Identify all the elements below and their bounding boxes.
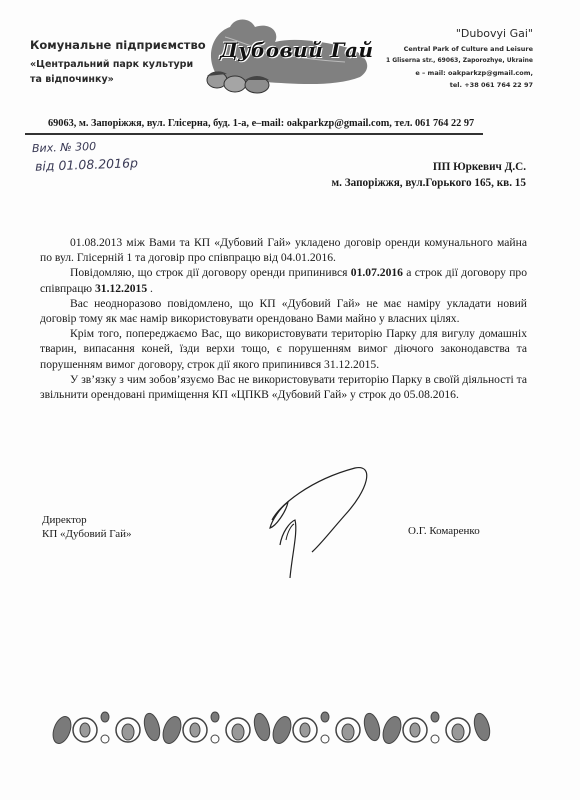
org-en-address: 1 Gliserna str., 69063, Zaporozhye, Ukra… — [386, 55, 533, 67]
cooperation-end-date: 31.12.2015 — [95, 282, 147, 295]
org-name-ukrainian: Комунальне підприємство «Центральний пар… — [30, 38, 206, 87]
signatory-name: О.Г. Комаренко — [408, 525, 480, 537]
org-name-english: "Dubovyi Gai" Central Park of Culture an… — [386, 28, 533, 91]
recipient-name: ПП Юркевич Д.С. — [332, 159, 526, 175]
signatory-title: Директор — [42, 513, 132, 527]
org-en-name: "Dubovyi Gai" — [386, 28, 533, 40]
handwritten-signature-icon — [250, 460, 380, 580]
paragraph-5: У зв’язку з чим зобов’язуємо Вас не вико… — [40, 372, 527, 402]
org-line-3: та відпочинку» — [30, 72, 206, 87]
org-en-tel: tel. +38 061 764 22 97 — [386, 79, 533, 91]
signatory-position: Директор КП «Дубовий Гай» — [42, 513, 132, 541]
letter-body: 01.08.2013 між Вами та КП «Дубовий Гай» … — [40, 235, 527, 402]
logo-text: Дубовий Гай — [220, 38, 374, 62]
header-divider — [25, 133, 483, 135]
paragraph-1: 01.08.2013 між Вами та КП «Дубовий Гай» … — [40, 235, 527, 265]
org-line-2: «Центральний парк культури — [30, 57, 206, 72]
org-en-subtitle: Central Park of Culture and Leisure — [386, 43, 533, 55]
outgoing-date: від 01.08.2016р — [35, 155, 138, 174]
recipient: ПП Юркевич Д.С. м. Запоріжжя, вул.Горько… — [332, 159, 526, 191]
paragraph-2: Повідомляю, що строк дії договору оренди… — [40, 265, 527, 295]
signatory-org: КП «Дубовий Гай» — [42, 527, 132, 541]
contact-line: 69063, м. Запоріжжя, вул. Глісерна, буд.… — [48, 118, 474, 129]
lease-end-date: 01.07.2016 — [351, 266, 403, 279]
acorn-ornament-border-icon — [50, 705, 505, 755]
org-line-1: Комунальне підприємство — [30, 38, 206, 52]
paragraph-3: Вас неодноразово повідомлено, що КП «Дуб… — [40, 296, 527, 326]
paragraph-4: Крім того, попереджаємо Вас, що використ… — [40, 326, 527, 372]
outgoing-number: Вих. № 300 — [32, 140, 97, 155]
recipient-address: м. Запоріжжя, вул.Горького 165, кв. 15 — [332, 175, 526, 191]
org-en-email: e – mail: oakparkzp@gmail.com, — [386, 67, 533, 79]
